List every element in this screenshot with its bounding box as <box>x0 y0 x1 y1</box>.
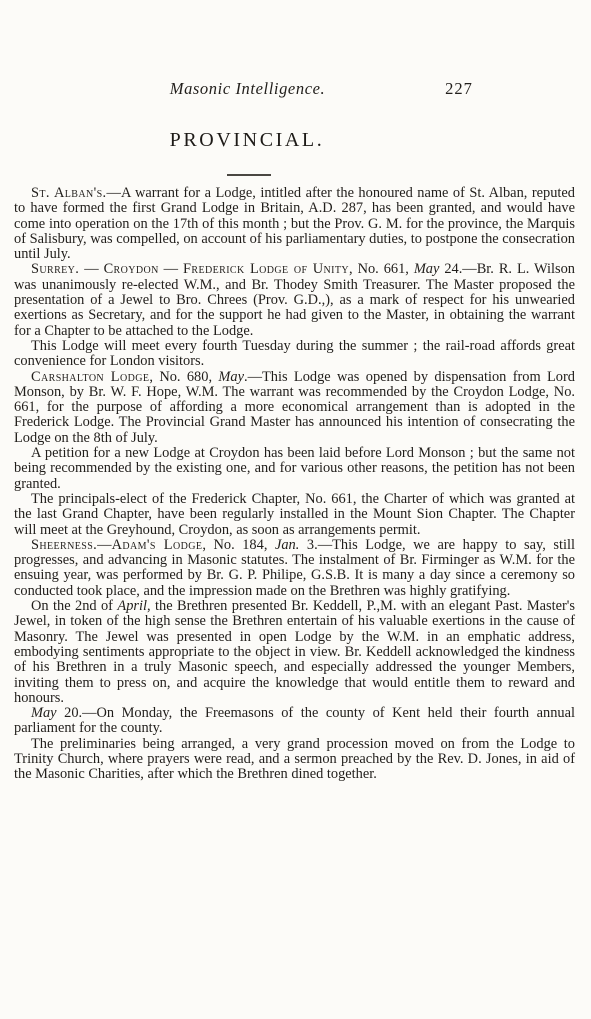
running-header: Masonic Intelligence. 227 <box>0 79 591 101</box>
paragraph: On the 2nd of April, the Brethren presen… <box>14 599 575 706</box>
section-heading: PROVINCIAL. <box>0 129 494 152</box>
text-segment-normal: On the 2nd of <box>31 598 117 614</box>
text-segment-normal: , No. 661, <box>349 261 414 277</box>
text-segment-normal: , the Brethren presented Br. Keddell, P.… <box>14 598 575 706</box>
text-segment-normal: This Lodge will meet every fourth Tuesda… <box>14 338 575 369</box>
paragraph: The principals-elect of the Frederick Ch… <box>14 492 575 538</box>
running-title: Masonic Intelligence. <box>120 79 375 99</box>
text-segment-normal: A petition for a new Lodge at Croydon ha… <box>14 445 575 492</box>
text-segment-smallcaps: Frederick Lodge of Unity <box>183 261 349 277</box>
text-segment-normal: The preliminaries being arranged, a very… <box>14 736 575 783</box>
text-segment-normal: — <box>97 537 111 553</box>
paragraph: This Lodge will meet every fourth Tuesda… <box>14 339 575 370</box>
paragraph: Carshalton Lodge, No. 680, May.—This Lod… <box>14 370 575 446</box>
text-segment-smallcaps: Surrey. <box>31 261 79 277</box>
text-segment-smallcaps: St. Alban's. <box>31 185 107 201</box>
paragraph: St. Alban's.—A warrant for a Lodge, inti… <box>14 186 575 262</box>
text-segment-italic: May <box>414 261 440 277</box>
text-segment-smallcaps: Croydon <box>104 261 159 277</box>
text-segment-smallcaps: Adam's Lodge <box>112 537 203 553</box>
page-body: St. Alban's.—A warrant for a Lodge, inti… <box>14 186 575 783</box>
paragraph: A petition for a new Lodge at Croydon ha… <box>14 446 575 492</box>
paragraph: The preliminaries being arranged, a very… <box>14 737 575 783</box>
text-segment-smallcaps: Sheerness. <box>31 537 97 553</box>
text-segment-normal: — <box>79 261 103 277</box>
text-segment-normal: , No. 184, <box>202 537 275 553</box>
text-segment-italic: May <box>218 369 244 385</box>
text-segment-italic: May <box>31 705 57 721</box>
text-segment-normal: , No. 680, <box>149 369 218 385</box>
text-segment-italic: April <box>117 598 147 614</box>
text-segment-normal: 20.—On Monday, the Freemasons of the cou… <box>14 705 575 736</box>
heading-divider-rule <box>227 174 271 176</box>
text-segment-smallcaps: Carshalton Lodge <box>31 369 149 385</box>
paragraph: Surrey. — Croydon — Frederick Lodge of U… <box>14 262 575 338</box>
page-number: 227 <box>438 79 480 99</box>
text-segment-normal: — <box>159 261 183 277</box>
text-segment-italic: Jan. <box>275 537 299 553</box>
paragraph: May 20.—On Monday, the Freemasons of the… <box>14 706 575 737</box>
scanned-document-page: Masonic Intelligence. 227 PROVINCIAL. St… <box>0 0 591 1019</box>
text-segment-normal: The principals-elect of the Frederick Ch… <box>14 491 575 538</box>
paragraph: Sheerness.—Adam's Lodge, No. 184, Jan. 3… <box>14 538 575 599</box>
